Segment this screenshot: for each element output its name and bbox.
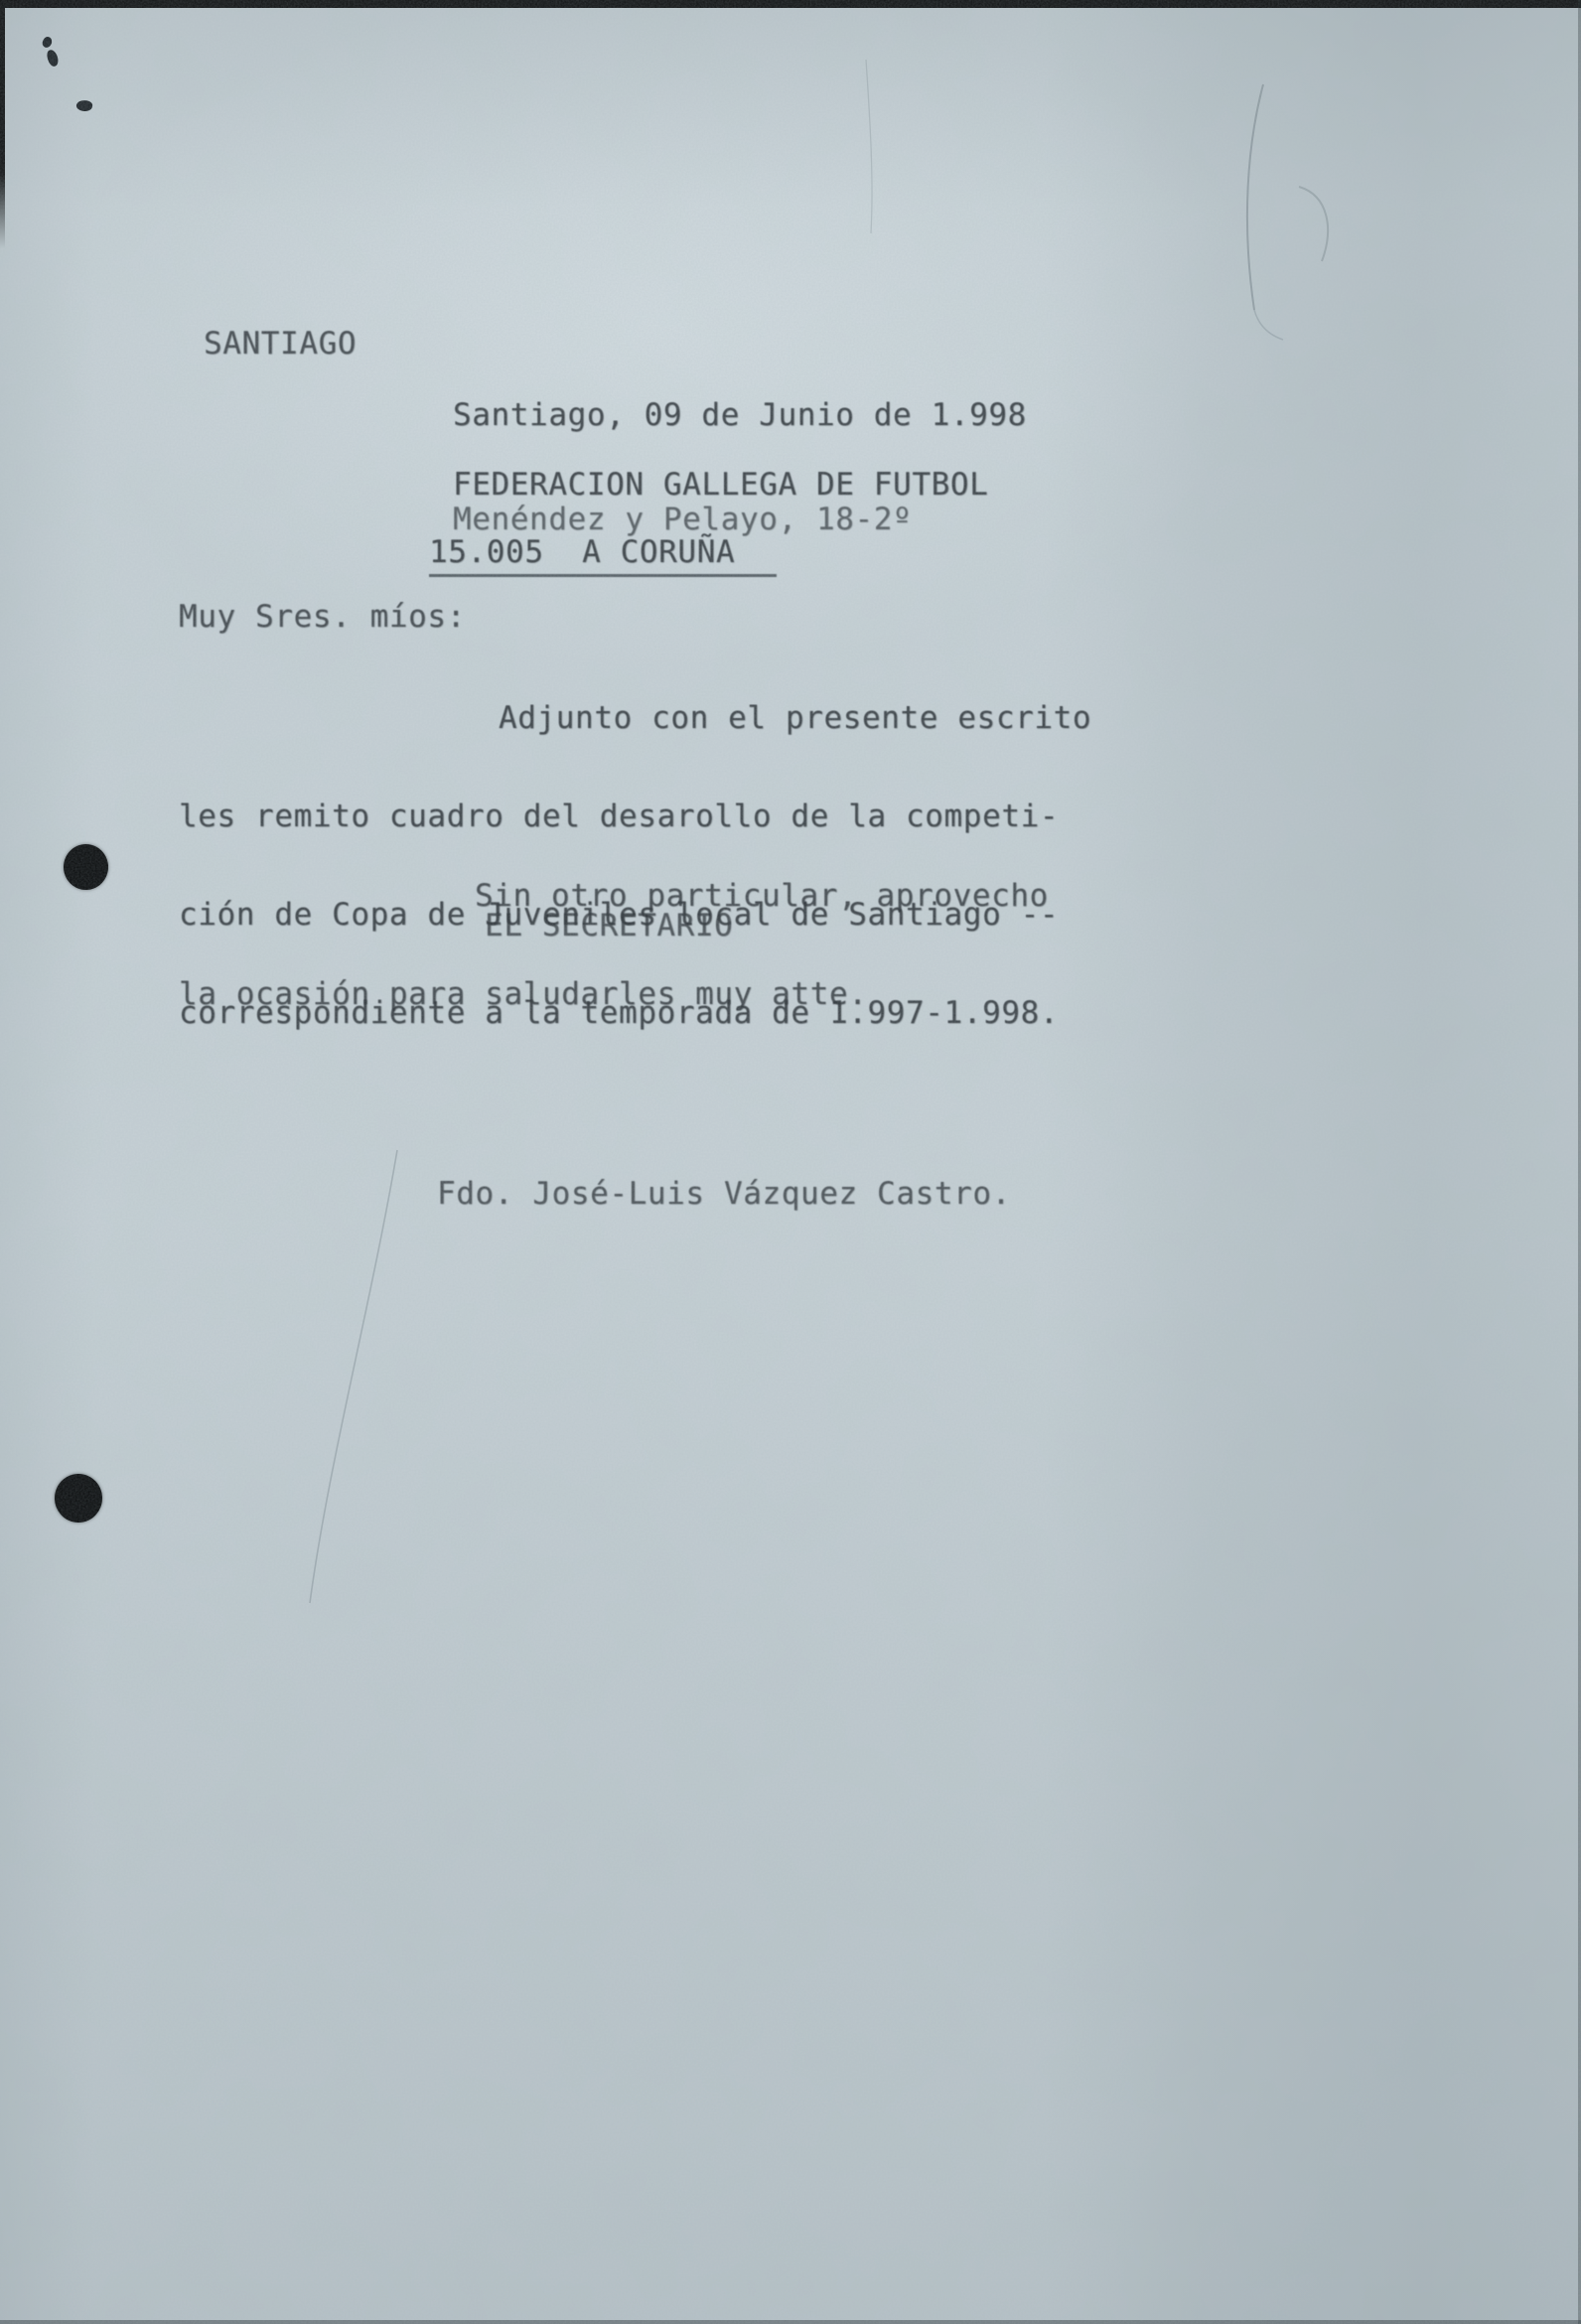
signer-title: EL SECRETARIO	[485, 910, 733, 943]
hole-punch	[55, 1474, 102, 1523]
recipient-postal-city: 15.005 A CORUÑA	[429, 536, 777, 577]
recipient-organization: FEDERACION GALLEGA DE FUTBOL	[453, 469, 988, 502]
ink-speck	[46, 49, 60, 68]
signature-line: Fdo. José-Luis Vázquez Castro.	[437, 1178, 1011, 1211]
scanned-letter-page: SANTIAGO Santiago, 09 de Junio de 1.998 …	[0, 0, 1581, 2324]
salutation: Muy Sres. míos:	[179, 601, 466, 634]
body-line: Adjunto con el presente escrito	[499, 702, 1091, 735]
hole-punch	[64, 844, 108, 890]
letter-dateline: Santiago, 09 de Junio de 1.998	[453, 399, 1027, 432]
letter-heading-city: SANTIAGO	[204, 328, 357, 361]
recipient-street: Menéndez y Pelayo, 18-2º	[453, 504, 912, 536]
scan-edge-left	[0, 0, 5, 248]
ink-speck	[41, 36, 54, 50]
scan-edge-bottom	[0, 2320, 1581, 2324]
ink-speck	[75, 99, 93, 112]
closing-line: la ocasión para saludarles muy atte.	[179, 978, 1049, 1011]
closing-paragraph: Sin otro particular, aprovecho la ocasió…	[179, 814, 1049, 1077]
scan-edge-top	[0, 0, 1581, 8]
